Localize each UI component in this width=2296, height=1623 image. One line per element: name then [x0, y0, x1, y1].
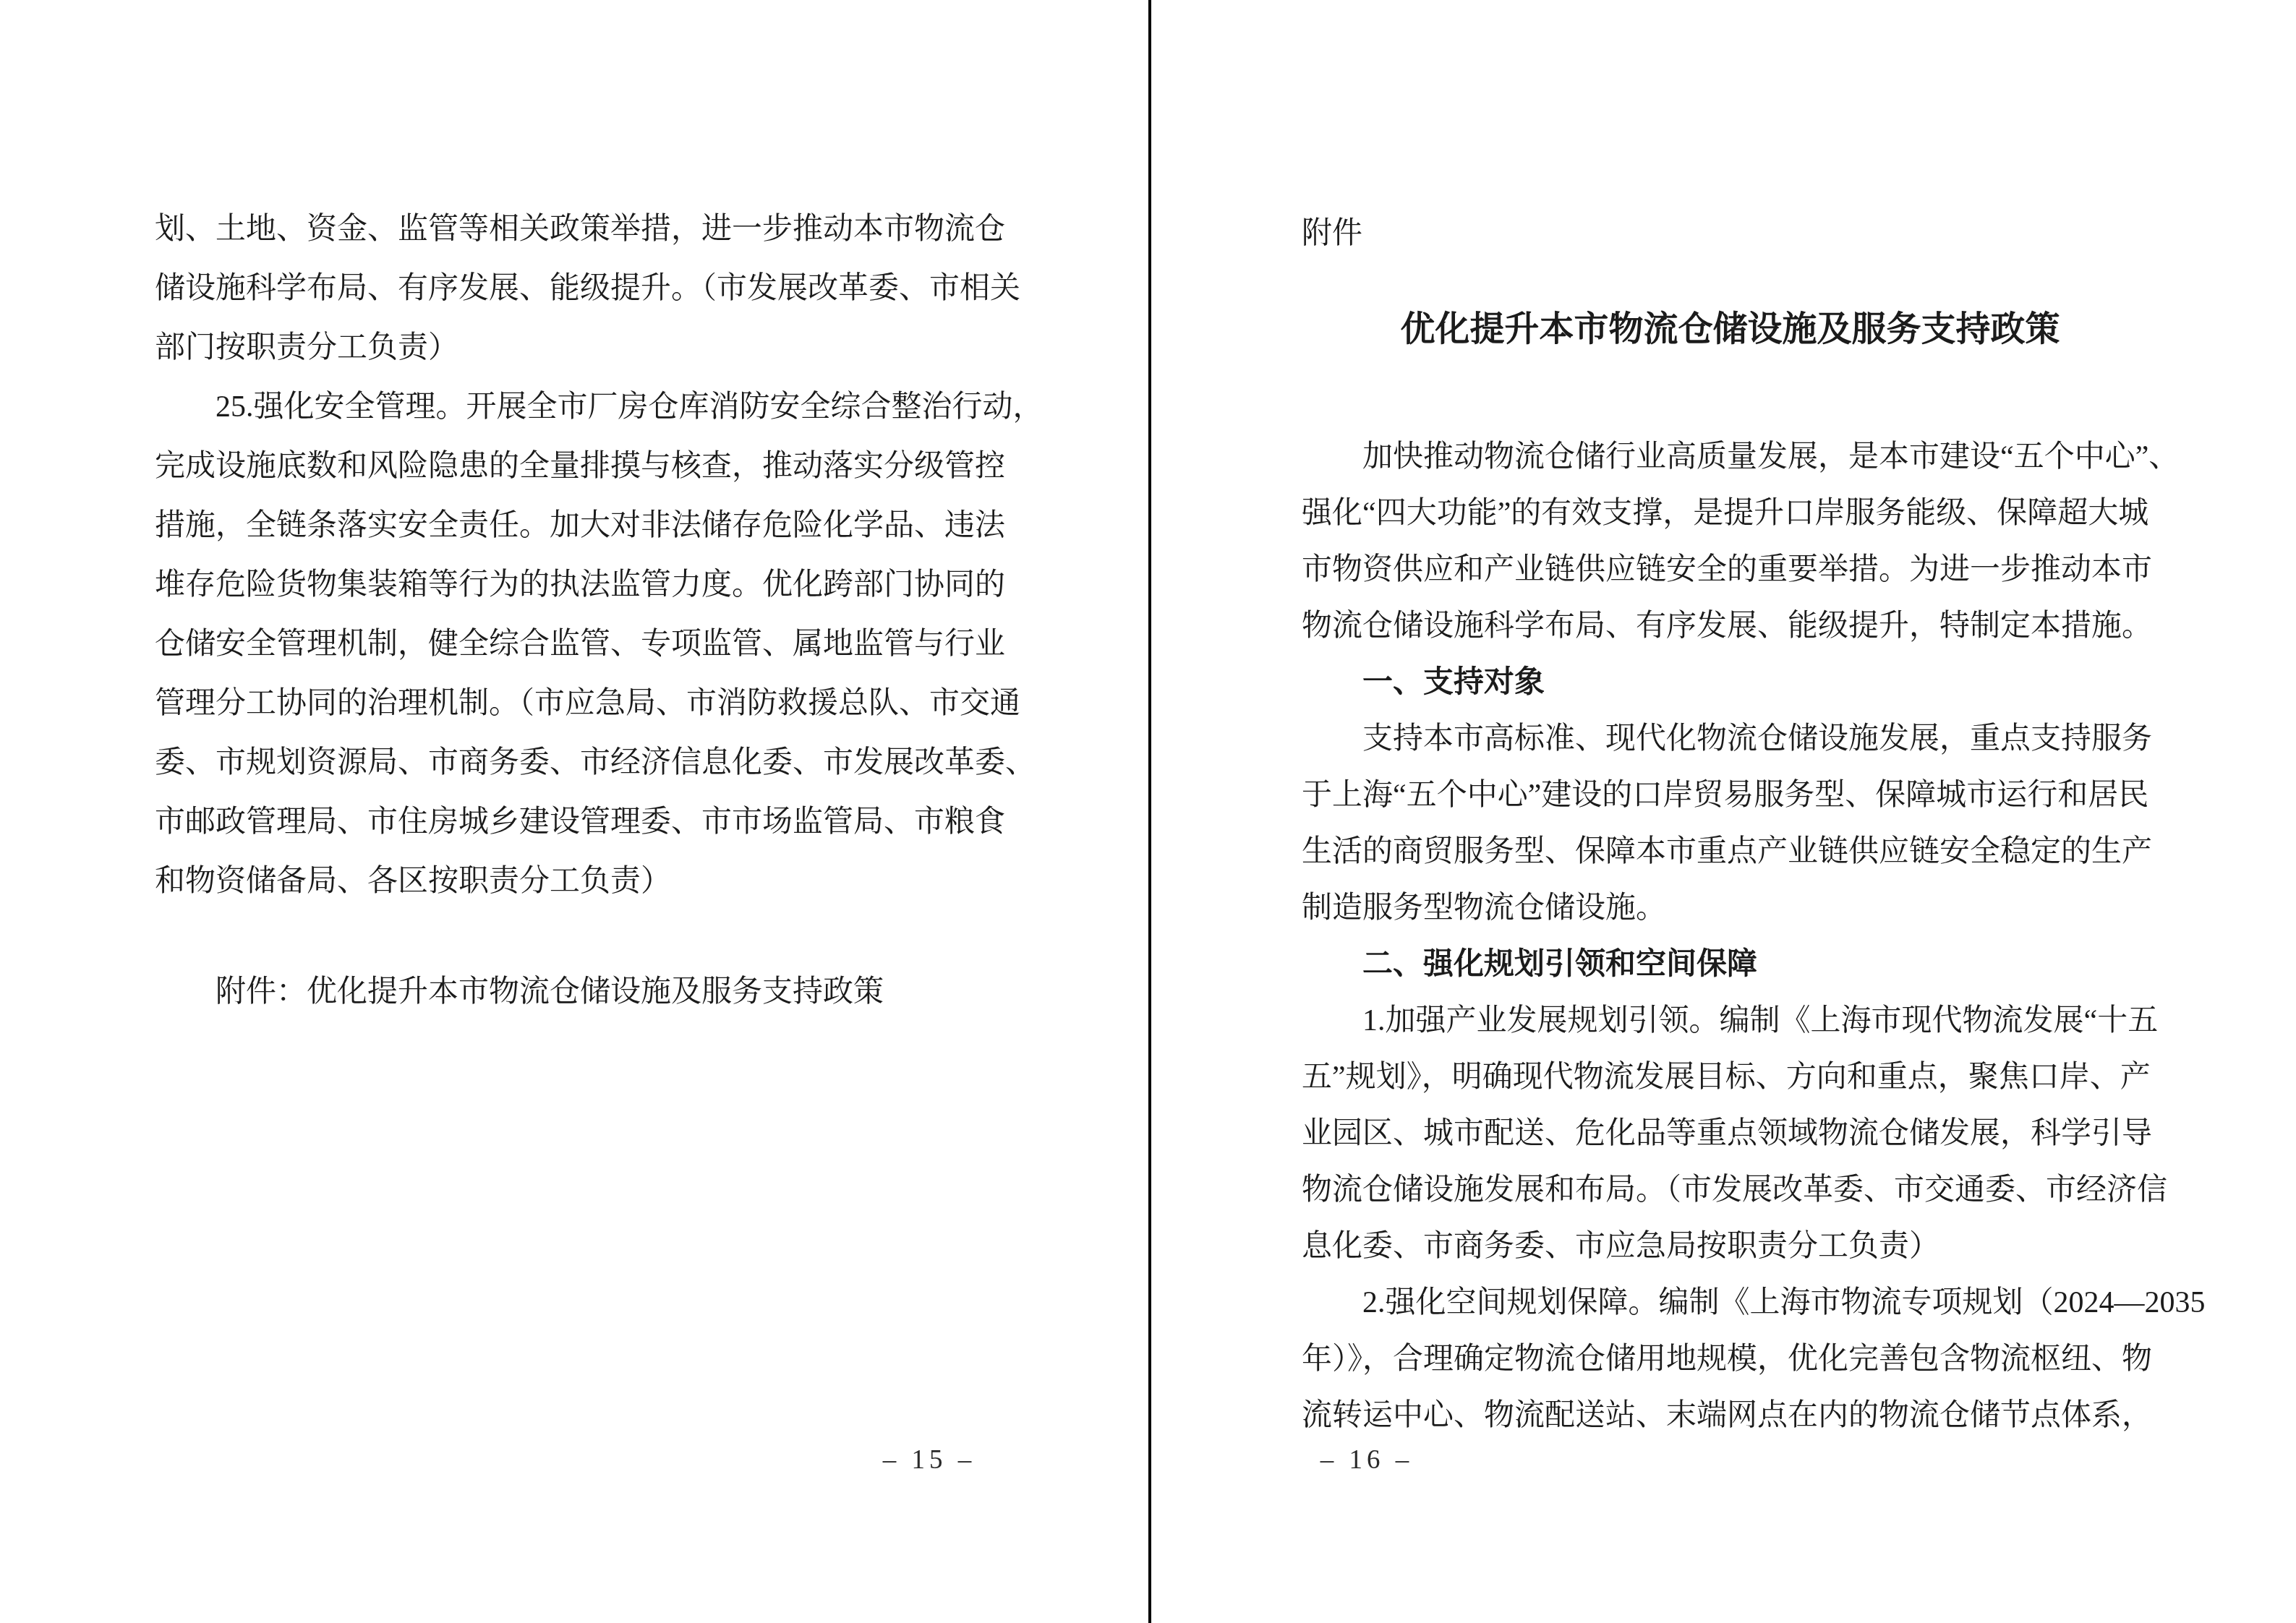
- attachment-label: 附件: [1302, 205, 2159, 262]
- page-divider-line: [1148, 0, 1151, 1623]
- paragraph-item-25-safety-management: 25.强化安全管理。开展全市厂房仓库消防安全综合整治行动， 完成设施底数和风险隐…: [155, 377, 1033, 911]
- intro-paragraph: 加快推动物流仓储行业高质量发展，是本市建设“五个中心”、 强化“四大功能”的有效…: [1302, 429, 2180, 654]
- scanned-document: 划、土地、资金、监管等相关政策举措，进一步推动本市物流仓 储设施科学布局、有序发…: [0, 0, 2296, 1623]
- page-number-15: – 15 –: [821, 1443, 1038, 1478]
- section-1-paragraph: 支持本市高标准、现代化物流仓储设施发展，重点支持服务 于上海“五个中心”建设的口…: [1302, 711, 2180, 936]
- section-2-item-2-paragraph: 2.强化空间规划保障。编制《上海市物流专项规划（2024—2035 年）》，合理…: [1302, 1275, 2180, 1444]
- section-2-item-1-paragraph: 1.加强产业发展规划引领。编制《上海市现代物流发展“十五 五”规划》，明确现代物…: [1302, 993, 2180, 1275]
- attachment-reference-line: 附件：优化提升本市物流仓储设施及服务支持政策: [155, 962, 1033, 1022]
- section-1-heading: 一、支持对象: [1302, 654, 2180, 711]
- page-number-16: – 16 –: [1258, 1443, 1475, 1478]
- section-2-heading: 二、强化规划引领和空间保障: [1302, 936, 2180, 993]
- page-16-body: 加快推动物流仓储行业高质量发展，是本市建设“五个中心”、 强化“四大功能”的有效…: [1302, 429, 2180, 1444]
- page-15-body: 划、土地、资金、监管等相关政策举措，进一步推动本市物流仓 储设施科学布局、有序发…: [155, 200, 1033, 911]
- document-title: 优化提升本市物流仓储设施及服务支持政策: [1302, 307, 2159, 353]
- paragraph-continuation: 划、土地、资金、监管等相关政策举措，进一步推动本市物流仓 储设施科学布局、有序发…: [155, 200, 1033, 377]
